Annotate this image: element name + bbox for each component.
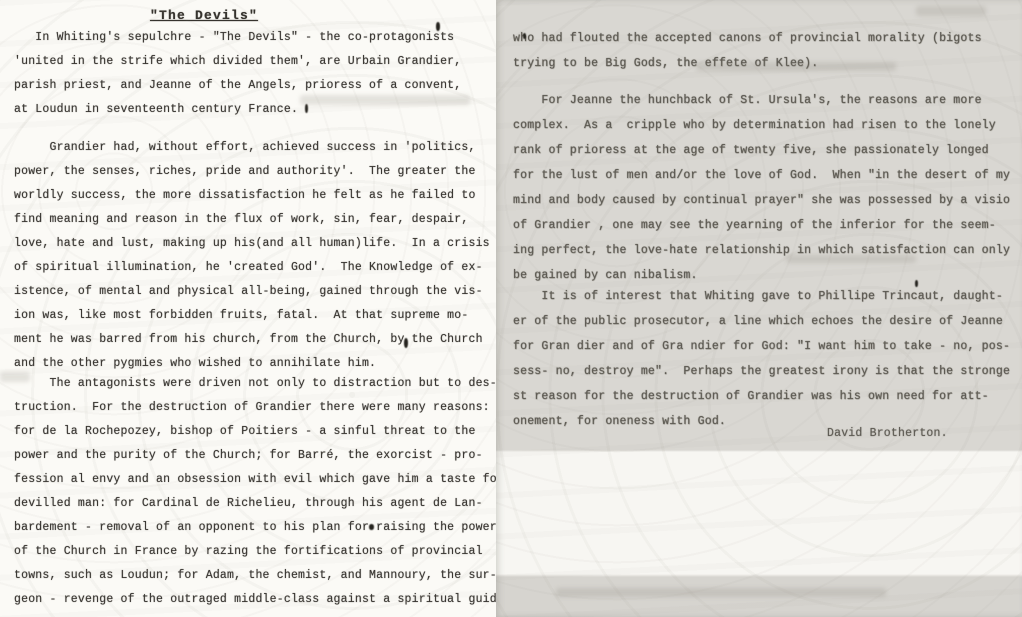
paragraph-grandier-success: Grandier had, without effort, achieved s… — [14, 136, 490, 376]
document-scan: { "document": { "title": "\"The Devils\"… — [0, 0, 1022, 617]
bleed-through-smudge — [556, 588, 886, 597]
paragraph-morality: who had flouted the accepted canons of p… — [513, 26, 982, 76]
paragraph-trincaut: It is of interest that Whiting gave to P… — [513, 284, 1010, 434]
page-left: "The Devils" In Whiting's sepulchre - "T… — [0, 0, 496, 617]
bleed-through-smudge — [916, 6, 986, 16]
document-title: "The Devils" — [150, 8, 258, 23]
paragraph-intro: In Whiting's sepulchre - "The Devils" - … — [14, 26, 461, 122]
paragraph-antagonists: The antagonists were driven not only to … — [14, 372, 496, 612]
paragraph-jeanne: For Jeanne the hunchback of St. Ursula's… — [513, 88, 1010, 288]
page-right: who had flouted the accepted canons of p… — [496, 0, 1022, 617]
author-signature: David Brotherton. — [827, 427, 948, 440]
